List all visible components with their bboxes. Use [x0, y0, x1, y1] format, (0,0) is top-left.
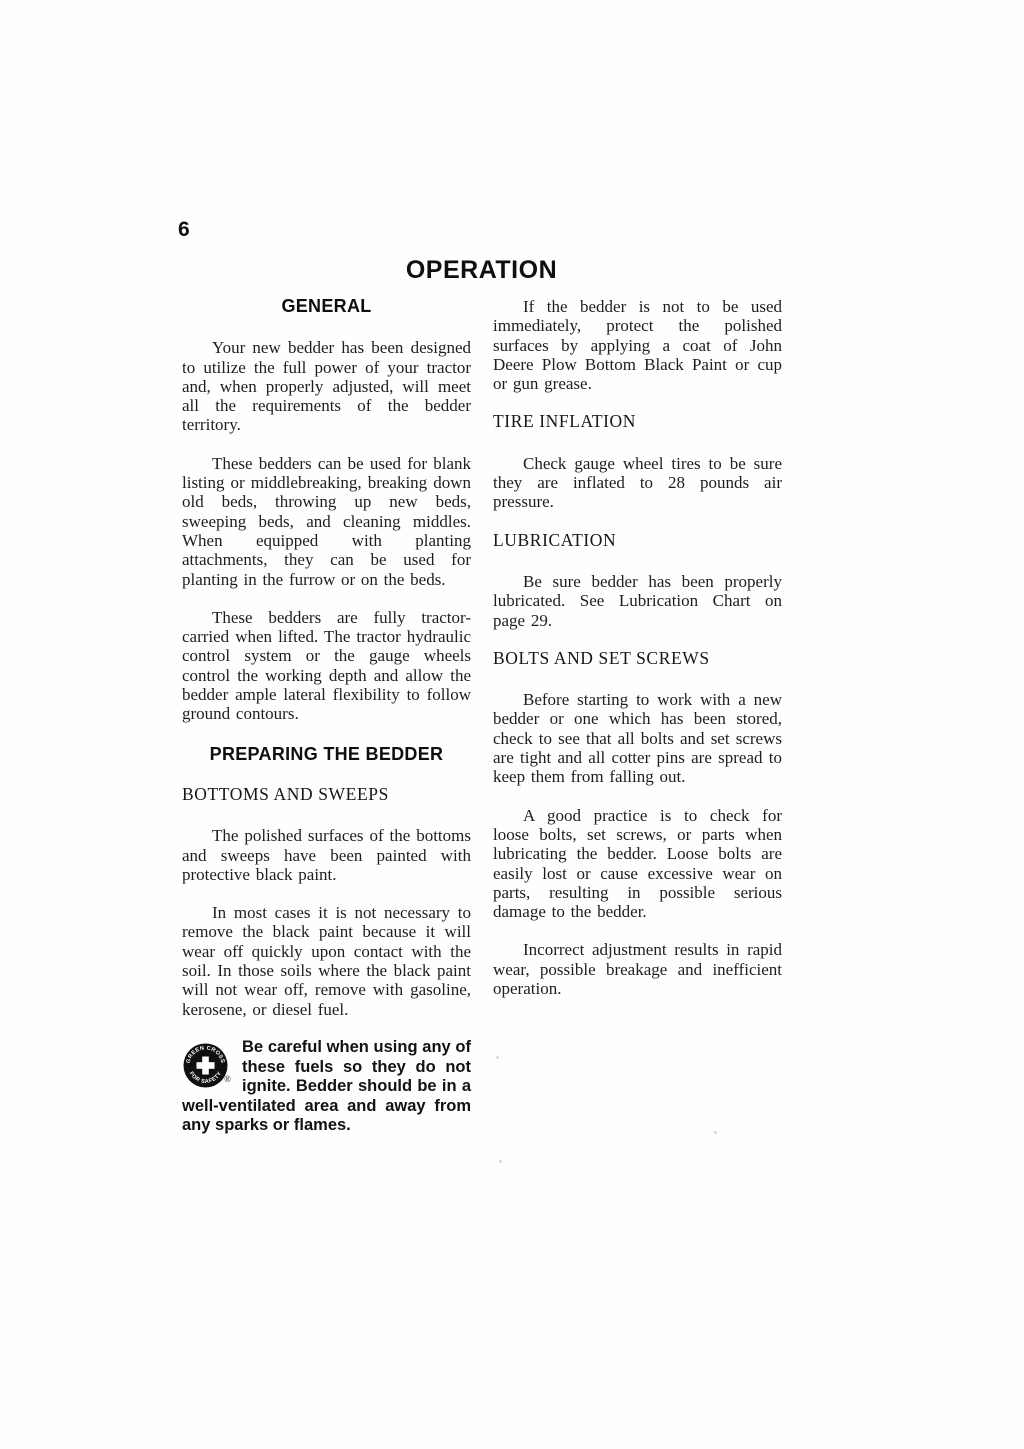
- heading-bolts-and-set-screws: BOLTS AND SET SCREWS: [493, 649, 782, 668]
- paragraph-tire-inflation: Check gauge wheel tires to be sure they …: [493, 454, 782, 512]
- scan-speck: [714, 1131, 717, 1134]
- scan-speck: [496, 1056, 499, 1059]
- paragraph-bolts-2: A good practice is to check for loose bo…: [493, 806, 782, 922]
- paragraph-lubrication: Be sure bedder has been properly lubrica…: [493, 572, 782, 630]
- paragraph-general-2: These bedders can be used for blank list…: [182, 454, 471, 589]
- heading-general: GENERAL: [182, 297, 471, 316]
- paragraph-bottoms-2: In most cases it is not necessary to rem…: [182, 903, 471, 1019]
- page-title: OPERATION: [183, 256, 780, 285]
- registered-trademark-symbol: ®: [224, 1070, 231, 1090]
- heading-tire-inflation: TIRE INFLATION: [493, 412, 782, 431]
- paragraph-bottoms-1: The polished surfaces of the bottoms and…: [182, 826, 471, 884]
- right-column: If the bedder is not to be used immediat…: [493, 297, 782, 1017]
- paragraph-bolts-1: Before starting to work with a new bedde…: [493, 690, 782, 786]
- paragraph-general-3: These bedders are fully tractor-carried …: [182, 608, 471, 724]
- green-cross-safety-icon: GREEN CROSS FOR SAFETY ®: [182, 1042, 229, 1095]
- heading-preparing-the-bedder: PREPARING THE BEDDER: [182, 745, 471, 764]
- heading-lubrication: LUBRICATION: [493, 531, 782, 550]
- paragraph-storage-protection: If the bedder is not to be used immediat…: [493, 297, 782, 393]
- paragraph-general-1: Your new bedder has been designed to uti…: [182, 338, 471, 434]
- heading-bottoms-and-sweeps: BOTTOMS AND SWEEPS: [182, 785, 471, 804]
- manual-page: 6 OPERATION GENERAL Your new bedder has …: [0, 0, 1024, 1449]
- scan-speck: [499, 1160, 502, 1163]
- paragraph-bolts-3: Incorrect adjustment results in rapid we…: [493, 940, 782, 998]
- page-number: 6: [178, 218, 190, 242]
- safety-warning: GREEN CROSS FOR SAFETY ® Be careful when…: [182, 1038, 471, 1136]
- left-column: GENERAL Your new bedder has been designe…: [182, 297, 471, 1136]
